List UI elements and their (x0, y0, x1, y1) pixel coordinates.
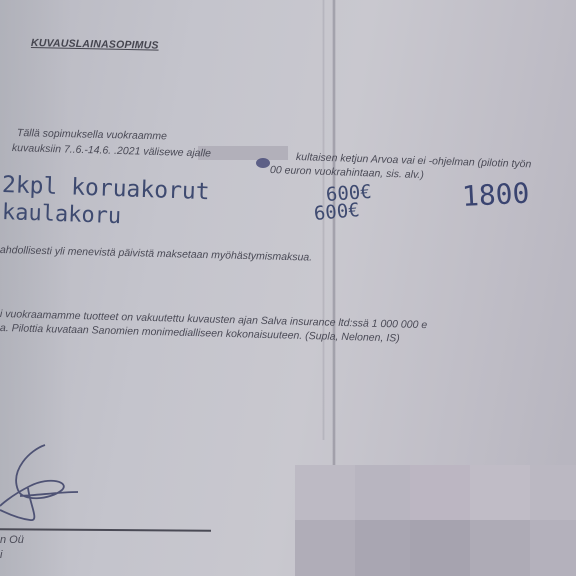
signature-scribble (0, 440, 90, 530)
signature-title: i (0, 549, 2, 561)
handwritten-item2: kaulakoru (2, 200, 122, 229)
handwritten-item2-price: 600€ (313, 199, 361, 225)
redacted-company-name (198, 146, 288, 160)
ink-blot (256, 158, 270, 168)
handwritten-total: 1800 (461, 176, 530, 212)
document-page: KUVAUSLAINASOPIMUS Tällä sopimuksella vu… (0, 0, 576, 576)
paragraph1-line2-end: 00 euron vuokrahintaan, sis. alv.) (270, 164, 424, 181)
signature-name: n Oü (0, 534, 24, 546)
redacted-signature-right (295, 465, 576, 576)
